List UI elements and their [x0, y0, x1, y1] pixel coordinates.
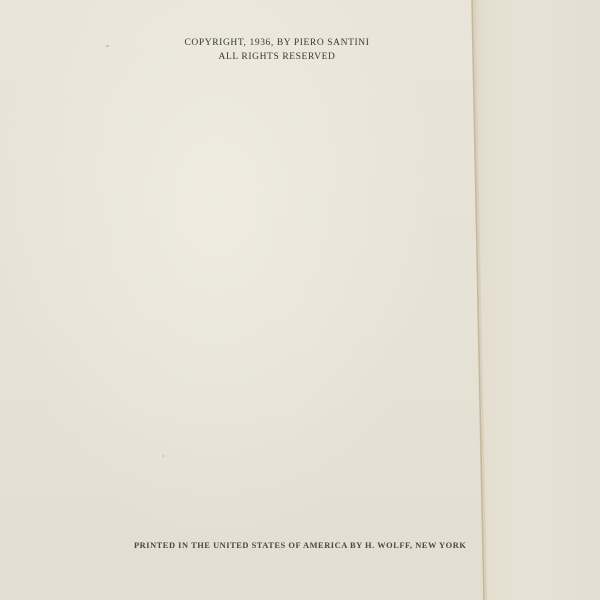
- printer-imprint: PRINTED IN THE UNITED STATES OF AMERICA …: [134, 541, 466, 550]
- copyright-line: COPYRIGHT, 1936, BY PIERO SANTINI: [0, 38, 554, 48]
- adjacent-page: [472, 0, 600, 600]
- paper-speck: [162, 455, 164, 457]
- book-page: [0, 0, 482, 600]
- copyright-notice: COPYRIGHT, 1936, BY PIERO SANTINI ALL RI…: [0, 38, 554, 62]
- rights-reserved-line: ALL RIGHTS RESERVED: [0, 52, 554, 62]
